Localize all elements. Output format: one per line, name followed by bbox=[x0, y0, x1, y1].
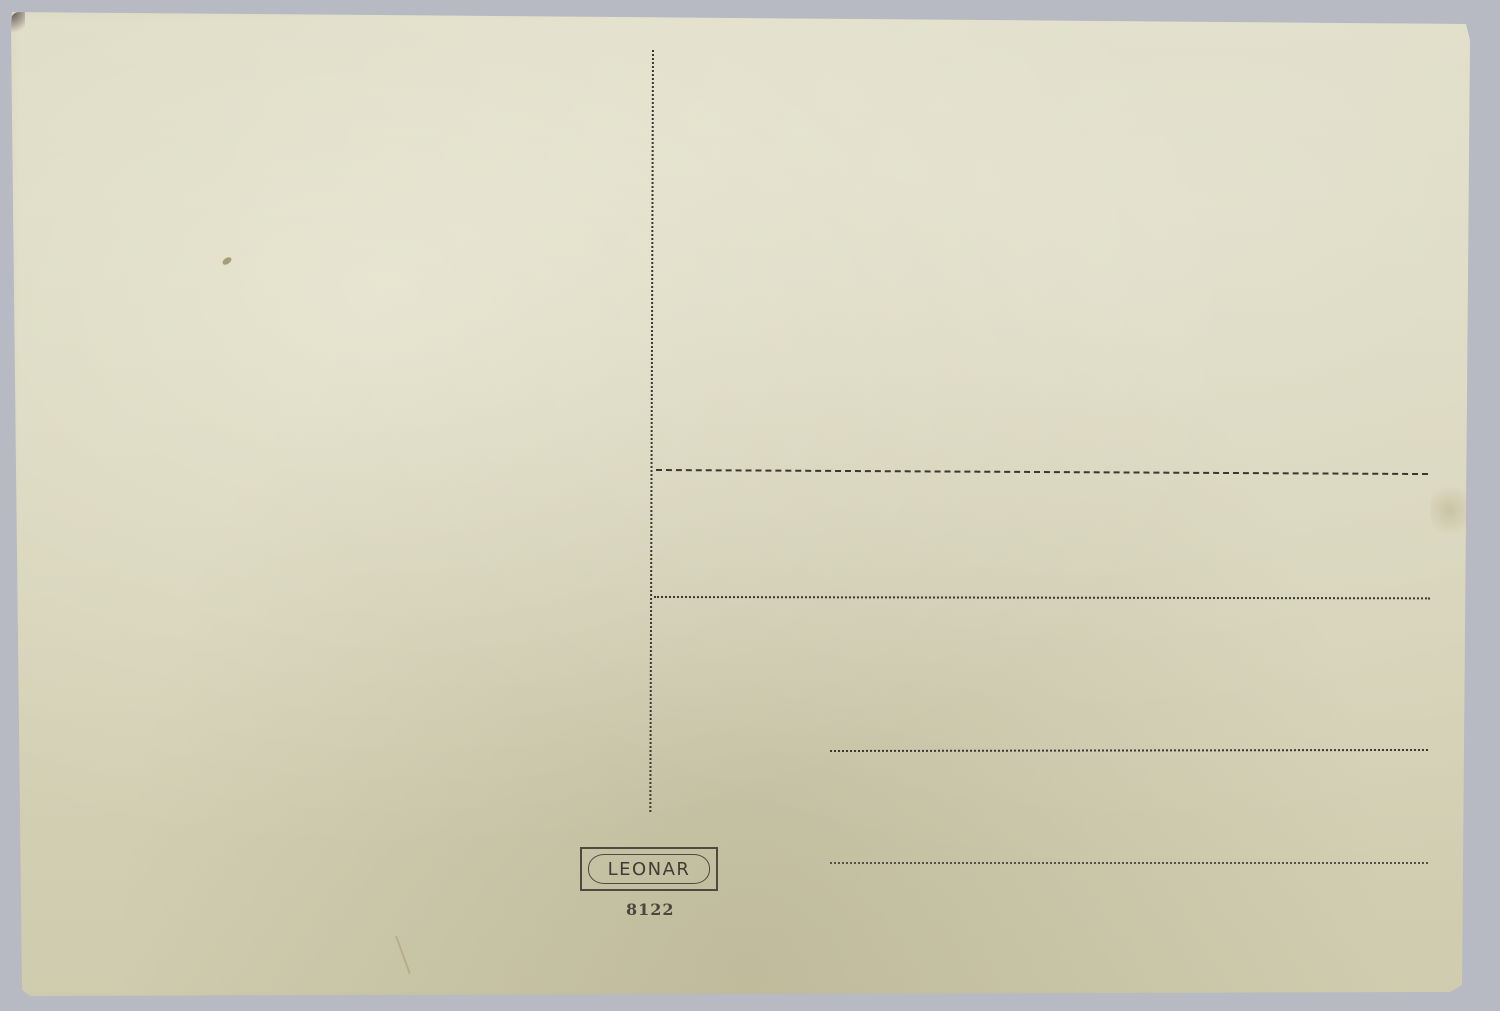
serial-number: 8122 bbox=[626, 900, 675, 919]
address-line-3 bbox=[830, 749, 1428, 752]
message-address-divider bbox=[649, 50, 654, 812]
publisher-stamp-inner-frame: LEONAR bbox=[588, 854, 710, 884]
worn-corner bbox=[11, 12, 25, 34]
postcard-back: LEONAR 8122 bbox=[0, 0, 1500, 1011]
publisher-name: LEONAR bbox=[608, 859, 691, 880]
paper-spot bbox=[221, 256, 233, 267]
publisher-stamp: LEONAR bbox=[580, 847, 718, 891]
address-line-2 bbox=[654, 596, 1430, 599]
paper-scratch bbox=[395, 936, 411, 974]
paper-stain bbox=[1430, 480, 1470, 540]
address-line-4 bbox=[830, 862, 1428, 864]
address-line-1 bbox=[656, 469, 1428, 475]
